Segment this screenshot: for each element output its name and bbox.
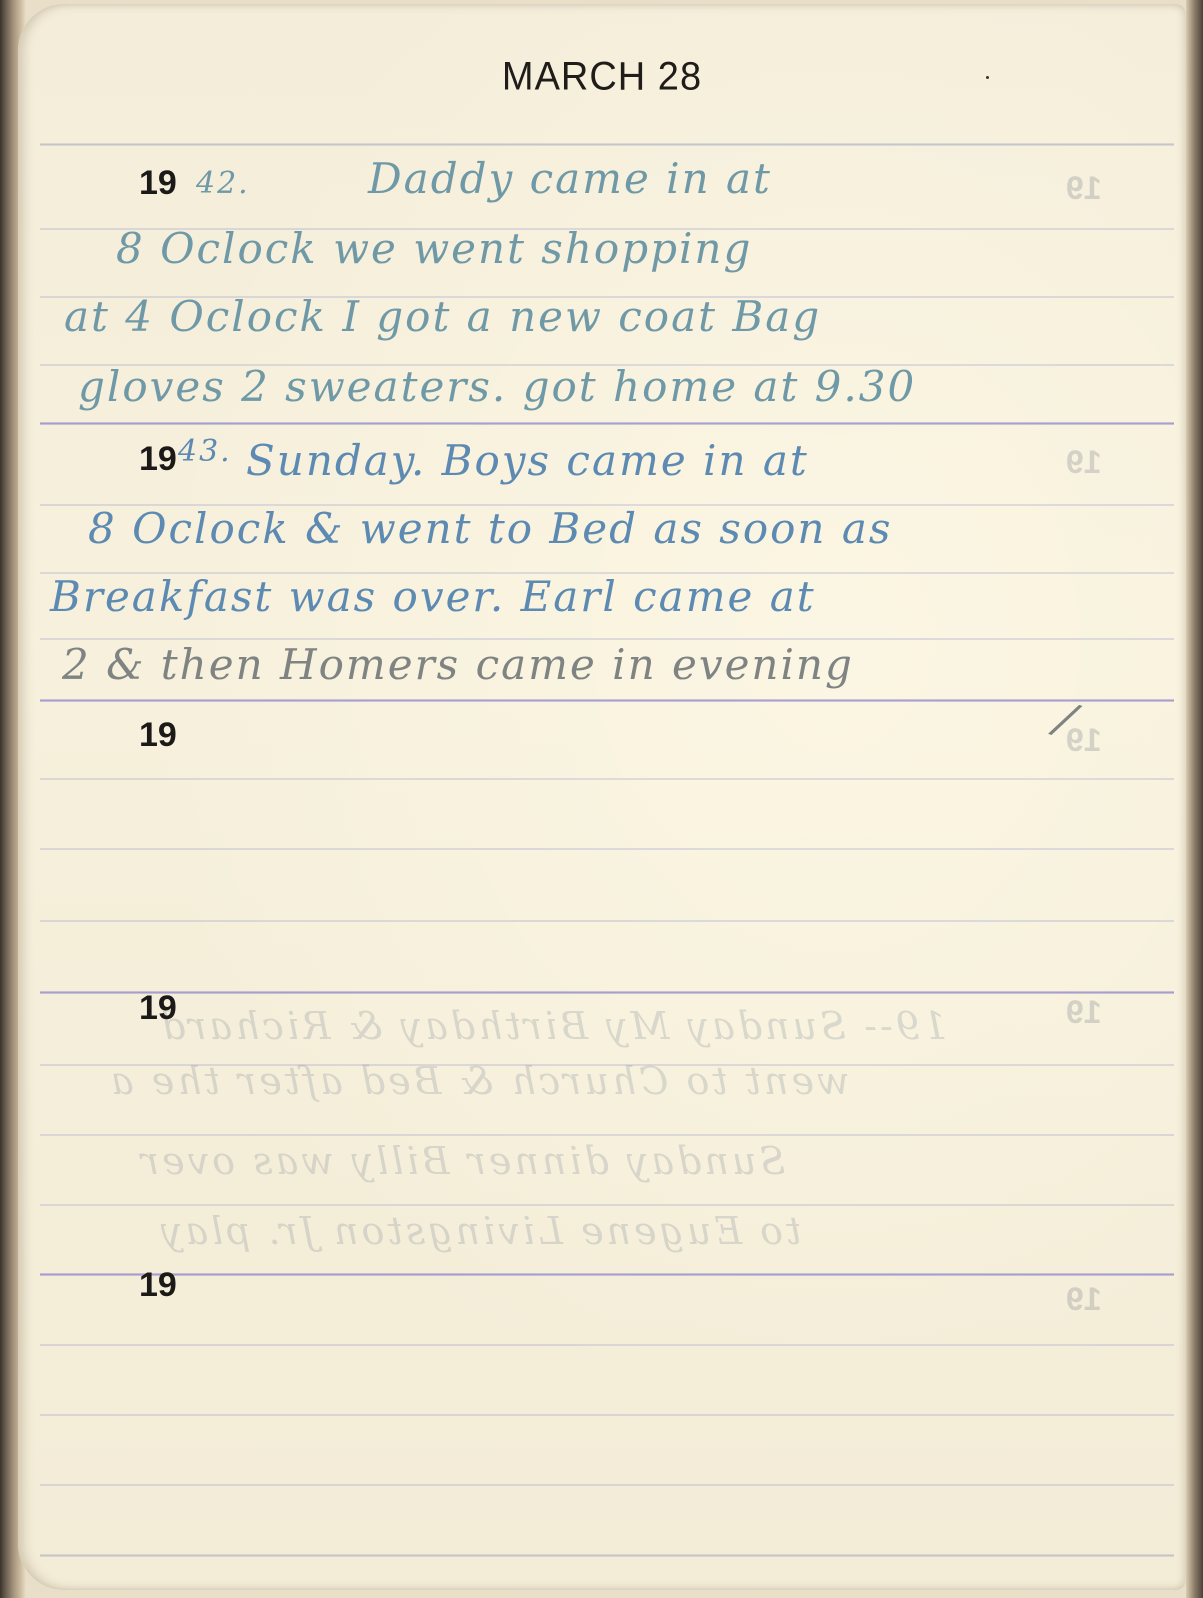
paper-speck — [986, 76, 989, 79]
page-date-heading: MARCH 28 — [18, 55, 1186, 100]
diary-book: MARCH 28 19 19 19 19 19 19-- Sunday My B… — [0, 0, 1203, 1598]
bleed-through-text: Sunday dinner Billy was over — [138, 1139, 785, 1183]
year-prefix: 19 — [139, 1266, 177, 1305]
rule-line — [40, 1484, 1174, 1486]
bleed-through-year: 19 — [1066, 170, 1102, 207]
bleed-through-text: to Eugene Livingston Jr. play — [158, 1209, 801, 1253]
bleed-through-text: 19-- Sunday My Birthday & Richard — [158, 1004, 947, 1048]
rule-line-section — [40, 991, 1174, 994]
year-prefix: 19 — [139, 164, 177, 203]
year-handwritten: 43. — [178, 434, 232, 469]
rule-line-section — [40, 699, 1174, 702]
rule-line-section — [40, 422, 1174, 425]
handwritten-line: gloves 2 sweaters. got home at 9.30 — [78, 362, 916, 411]
rule-line — [40, 920, 1174, 922]
rule-line-section — [40, 1273, 1174, 1276]
rule-line — [40, 1134, 1174, 1136]
handwritten-line: 2 & then Homers came in evening — [62, 640, 854, 689]
handwritten-line: 8 Oclock & went to Bed as soon as — [88, 504, 892, 553]
rule-line-bottom — [40, 1554, 1174, 1557]
bleed-through-year: 19 — [1066, 444, 1102, 481]
year-prefix: 19 — [139, 440, 177, 479]
rule-line — [40, 778, 1174, 780]
rule-line — [40, 1414, 1174, 1416]
handwritten-line: at 4 Oclock I got a new coat Bag — [64, 292, 821, 341]
year-prefix: 19 — [139, 716, 177, 755]
bleed-through-year: 19 — [1066, 1281, 1102, 1318]
rule-line — [40, 1344, 1174, 1346]
diary-page: MARCH 28 19 19 19 19 19 19-- Sunday My B… — [18, 4, 1186, 1590]
year-prefix: 19 — [139, 989, 177, 1028]
rule-line — [40, 1204, 1174, 1206]
handwritten-line: Daddy came in at — [368, 154, 772, 203]
page-stack-edge — [1186, 0, 1203, 1598]
bleed-through-text: went to Church & Bed after the a — [108, 1059, 850, 1103]
bleed-through-year: 19 — [1066, 994, 1102, 1031]
rule-line-top — [40, 143, 1174, 146]
rule-line — [40, 848, 1174, 850]
handwritten-line: 8 Oclock we went shopping — [116, 224, 752, 273]
handwritten-line: Breakfast was over. Earl came at — [50, 572, 816, 621]
year-handwritten: 42. — [196, 166, 250, 201]
handwritten-line: Sunday. Boys came in at — [246, 436, 809, 485]
